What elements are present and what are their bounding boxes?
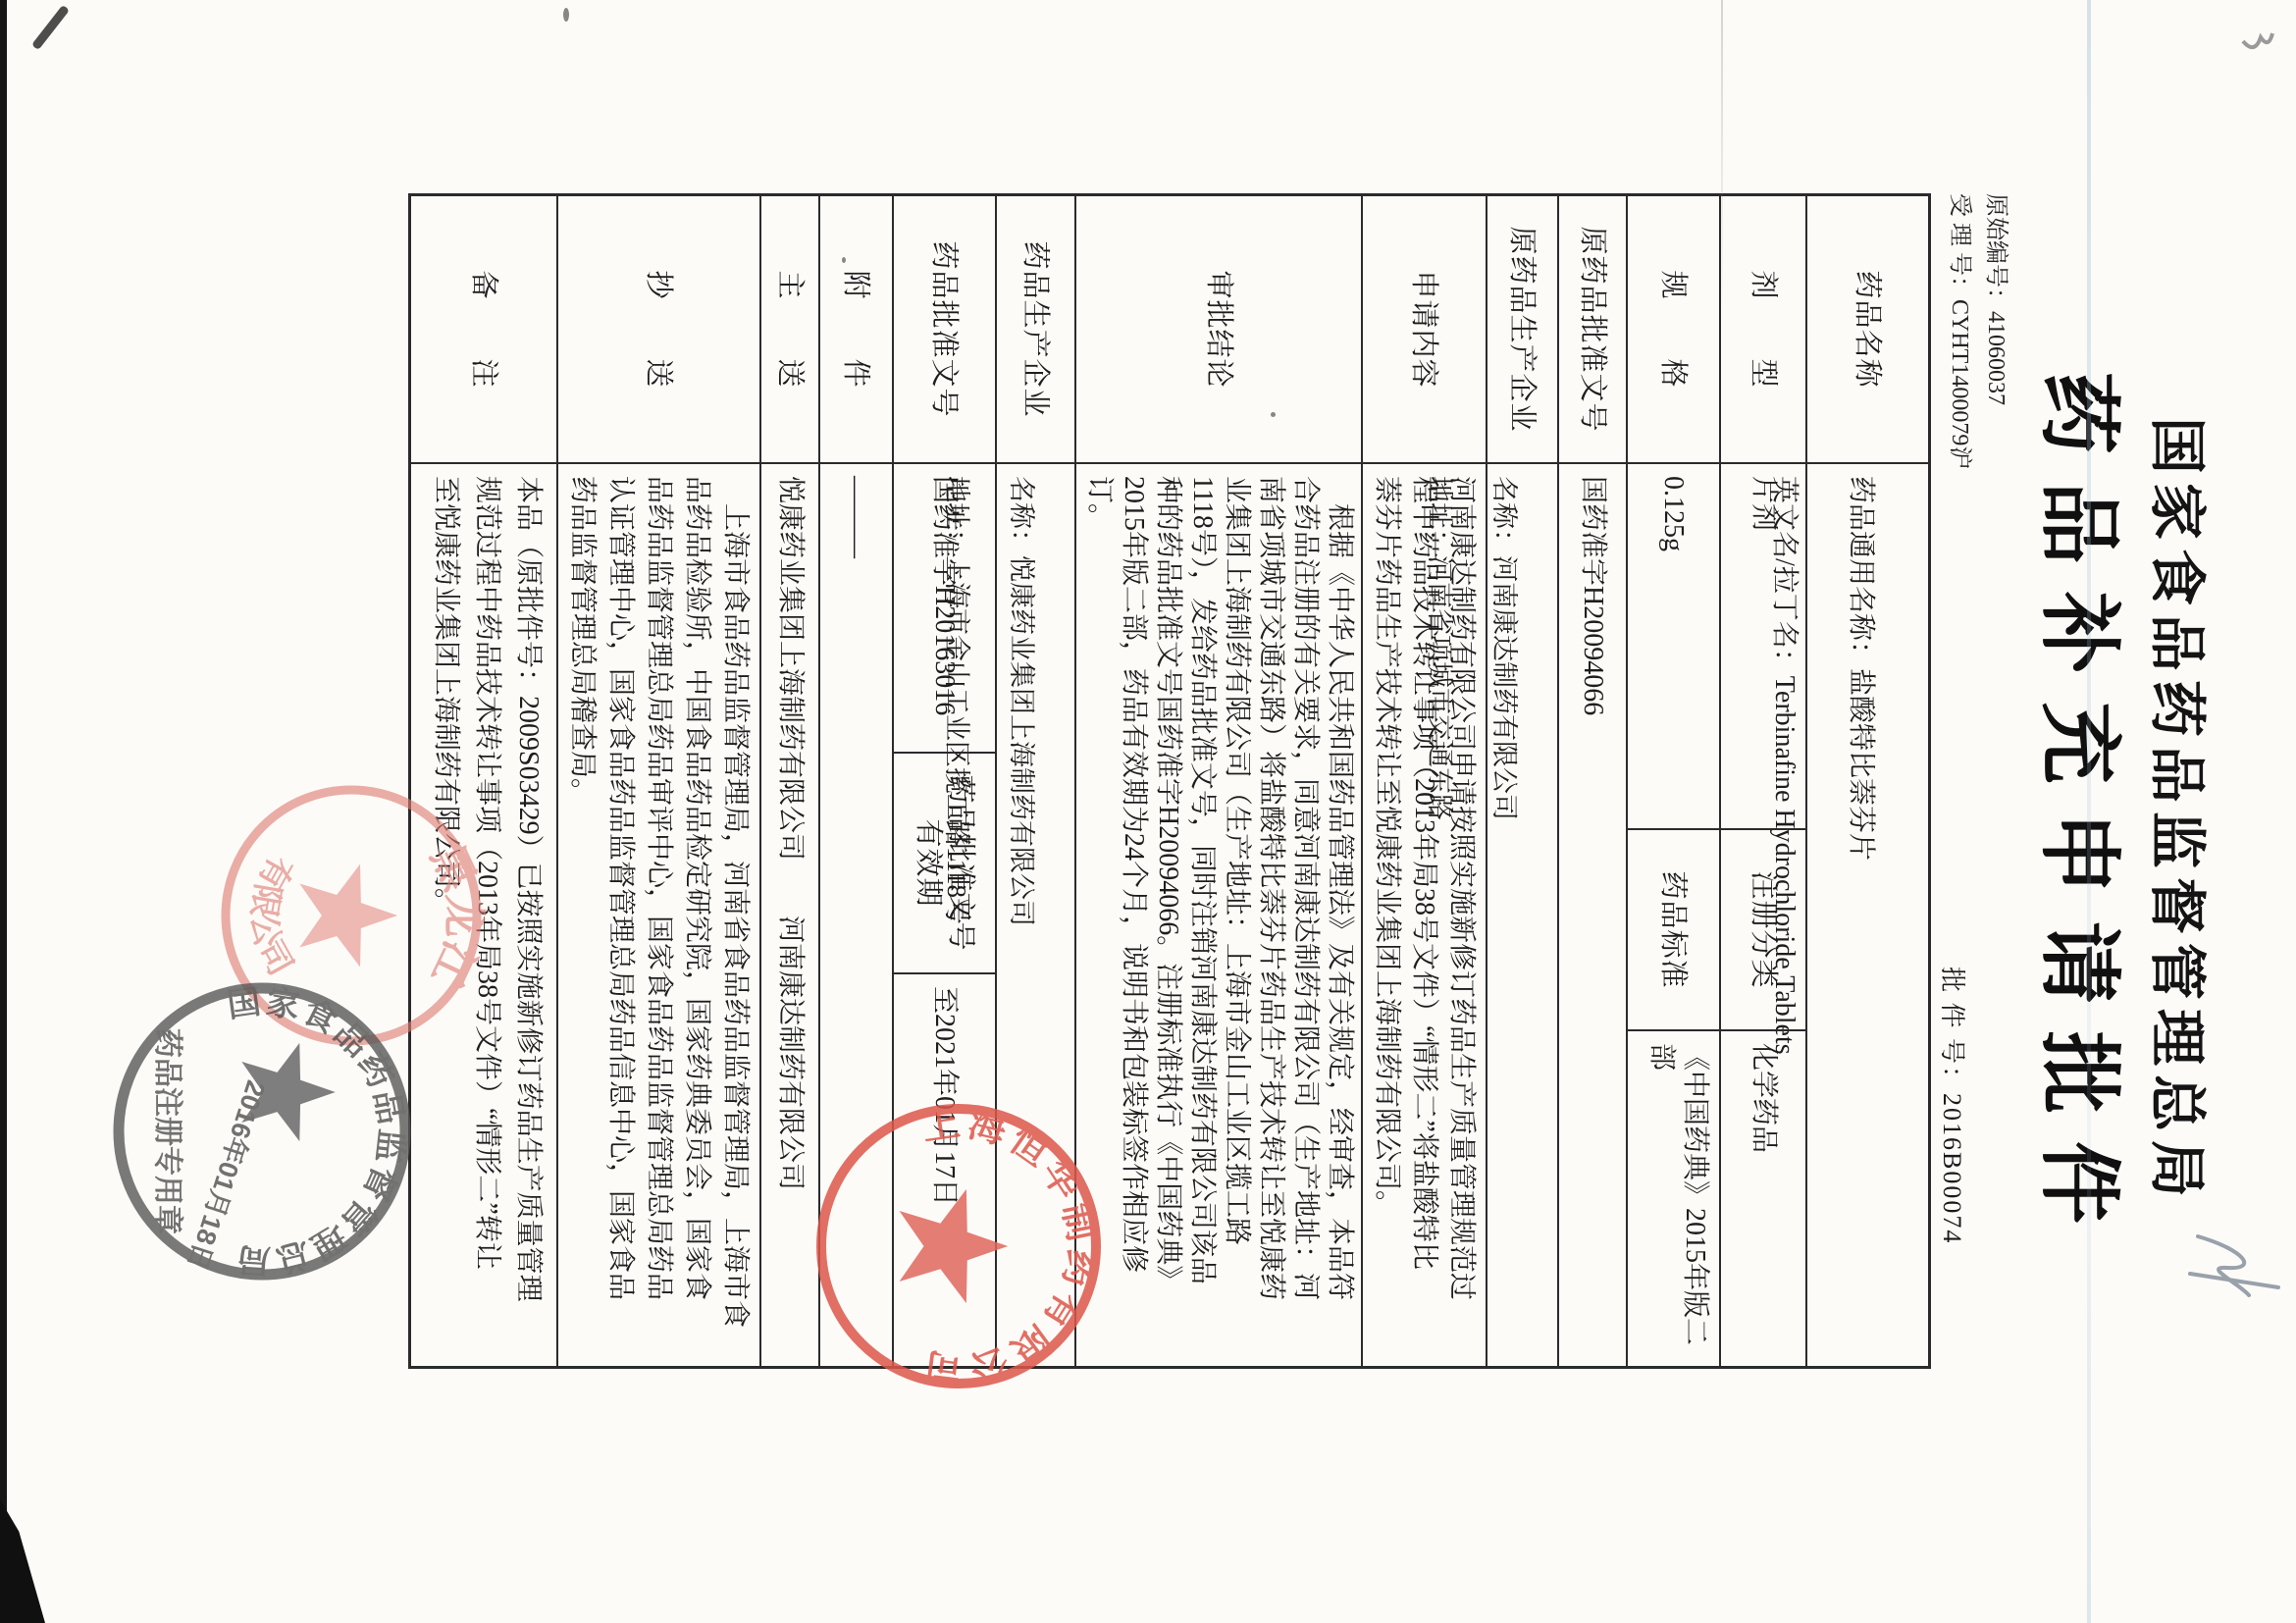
registration-class-label: 注册分类 bbox=[1721, 830, 1805, 1031]
stamp-authority-arc-text: 国家食品药品监督管理总局 bbox=[225, 983, 410, 1280]
row-dosage-form: 剂 型 片剂 注册分类 化学药品 bbox=[1719, 196, 1805, 1366]
acceptance-number-value: CYHT1400079沪 bbox=[1947, 299, 1972, 469]
scan-speck bbox=[1271, 412, 1276, 417]
attachment-value: ——— bbox=[820, 464, 892, 1366]
remarks-label: 备 注 bbox=[411, 196, 556, 464]
registration-class-value: 化学药品 bbox=[1721, 1031, 1805, 1372]
fold-crease-line bbox=[2087, 0, 2091, 1623]
specification-label: 规 格 bbox=[1628, 196, 1719, 464]
original-number-value: 41060037 bbox=[1983, 311, 2009, 405]
approval-no-label: 药品批准文号 bbox=[894, 196, 995, 464]
scan-edge-shadow bbox=[0, 0, 7, 1623]
manufacturer-value: 名称：悦康药业集团上海制药有限公司 地址：上海市金山工业区揽工路1118号 bbox=[997, 464, 1074, 1366]
reference-numbers: 原始编号：41060037 受 理 号：CYHT1400079沪 bbox=[1941, 193, 2013, 469]
drug-standard-label: 药品标准 bbox=[1628, 830, 1719, 1031]
pencil-mark bbox=[2179, 1225, 2292, 1318]
manufacturer-label: 药品生产企业 bbox=[997, 196, 1074, 464]
document-title: 药品补充申请批件 bbox=[2026, 0, 2145, 1623]
original-number-line: 原始编号：41060037 bbox=[1977, 193, 2013, 469]
original-manufacturer-value: 名称：河南康达制药有限公司 地址：河南省项城市交通东路 bbox=[1487, 464, 1557, 1366]
application-content-label: 申请内容 bbox=[1363, 196, 1486, 464]
scan-speck bbox=[842, 257, 846, 263]
approval-validity-value: 至2021年01月17日 bbox=[894, 974, 995, 1372]
main-sent-label: 主 送 bbox=[761, 196, 818, 464]
row-approval-conclusion: 审批结论 根据《中华人民共和国药品管理法》及有关规定，经审查，本品符 合药品注册… bbox=[1074, 196, 1361, 1366]
original-approval-no-label: 原药品批准文号 bbox=[1559, 196, 1626, 464]
specification-value: 0.125g bbox=[1628, 464, 1719, 830]
drug-name-label: 药品名称 bbox=[1807, 196, 1928, 464]
drug-standard-value: 《中国药典》2015年版二 部 bbox=[1628, 1031, 1719, 1372]
acceptance-number-line: 受 理 号：CYHT1400079沪 bbox=[1941, 193, 1977, 469]
main-sent-value: 悦康药业集团上海制药有限公司 河南康达制药有限公司 bbox=[761, 464, 818, 1366]
star-icon bbox=[241, 1043, 335, 1141]
approval-conclusion-value: 根据《中华人民共和国药品管理法》及有关规定，经审查，本品符 合药品注册的有关要求… bbox=[1076, 464, 1361, 1366]
approval-number-value: 2016B00074 bbox=[1938, 1093, 1966, 1244]
scan-corner-dash bbox=[31, 5, 70, 51]
row-remarks: 备 注 本品（原批件号：2009S03429）已按照实施新修订药品生产质量管理 … bbox=[411, 196, 556, 1366]
row-main-sent: 主 送 悦康药业集团上海制药有限公司 河南康达制药有限公司 bbox=[759, 196, 818, 1366]
approval-table: 药品名称 药品通用名称：盐酸特比萘芬片 英文名/拉丁名：Terbinafine … bbox=[408, 193, 1931, 1369]
dosage-form-value: 片剂 bbox=[1721, 464, 1805, 830]
issuing-authority: 国家食品药品监督管理总局 bbox=[2141, 0, 2223, 1623]
scan-corner-mark bbox=[0, 1499, 45, 1623]
manufacturer-name: 名称：悦康药业集团上海制药有限公司 bbox=[1005, 476, 1037, 1356]
attachment-label: 附 件 bbox=[820, 196, 892, 464]
stamp-date-text: 2016年01月18日 bbox=[182, 1076, 272, 1274]
cfda-registration-stamp-icon: 国家食品药品监督管理总局 2016年01月18日 药品注册专用章 bbox=[76, 945, 448, 1318]
original-number-label: 原始编号： bbox=[1983, 193, 2009, 311]
row-manufacturer: 药品生产企业 名称：悦康药业集团上海制药有限公司 地址：上海市金山工业区揽工路1… bbox=[995, 196, 1074, 1366]
svg-text:有限公司: 有限公司 bbox=[244, 849, 300, 981]
scan-smudge bbox=[2234, 22, 2278, 61]
row-original-manufacturer: 原药品生产企业 名称：河南康达制药有限公司 地址：河南省项城市交通东路 bbox=[1486, 196, 1557, 1366]
original-approval-no-value: 国药准字H20094066 bbox=[1559, 464, 1626, 1366]
drug-generic-name: 药品通用名称：盐酸特比萘芬片 bbox=[1842, 476, 1880, 1356]
remarks-value: 本品（原批件号：2009S03429）已按照实施新修订药品生产质量管理 规范过程… bbox=[411, 464, 556, 1366]
approval-number-line: 批 件 号：2016B00074 bbox=[1936, 967, 1972, 1244]
stamp-caption-text: 药品注册专用章 bbox=[151, 1028, 184, 1234]
row-approval-no: 药品批准文号 国药准字H20163016 药品批准文号 有效期 至2021年01… bbox=[892, 196, 995, 1366]
row-copy-sent: 抄 送 上海市食品药品监督管理局，河南省食品药品监督管理局，上海市食 品药品检验… bbox=[556, 196, 759, 1366]
approval-no-value: 国药准字H20163016 bbox=[894, 464, 995, 754]
acceptance-number-label: 受 理 号： bbox=[1947, 193, 1972, 299]
drug-name-value: 药品通用名称：盐酸特比萘芬片 英文名/拉丁名：Terbinafine Hydro… bbox=[1807, 464, 1928, 1366]
scanned-document-image: 国家食品药品监督管理总局 药品补充申请批件 原始编号：41060037 受 理 … bbox=[0, 0, 2296, 1623]
original-manufacturer-name: 名称：河南康达制药有限公司 bbox=[1487, 476, 1520, 1356]
dosage-form-label: 剂 型 bbox=[1721, 196, 1805, 464]
original-manufacturer-label: 原药品生产企业 bbox=[1487, 196, 1557, 464]
svg-text:国家食品药品监督管理总局: 国家食品药品监督管理总局 bbox=[225, 983, 410, 1280]
star-icon bbox=[299, 864, 397, 968]
approval-number-label: 批 件 号： bbox=[1938, 967, 1966, 1093]
row-original-approval-no: 原药品批准文号 国药准字H20094066 bbox=[1557, 196, 1626, 1366]
approval-conclusion-label: 审批结论 bbox=[1076, 196, 1361, 464]
copy-sent-label: 抄 送 bbox=[558, 196, 759, 464]
row-application-content: 申请内容 河南康达制药有限公司申请按照实施新修订药品生产质量管理规范过 程中药品… bbox=[1361, 196, 1486, 1366]
row-attachment: 附 件 ——— bbox=[818, 196, 892, 1366]
row-specification: 规 格 0.125g 药品标准 《中国药典》2015年版二 部 bbox=[1626, 196, 1719, 1366]
scan-speck bbox=[563, 8, 569, 22]
stamp-arc-bottom-text: 有限公司 bbox=[244, 849, 300, 981]
document-sheet: 国家食品药品监督管理总局 药品补充申请批件 原始编号：41060037 受 理 … bbox=[0, 0, 2296, 1623]
approval-validity-label: 药品批准文号 有效期 bbox=[894, 754, 995, 974]
application-content-value: 河南康达制药有限公司申请按照实施新修订药品生产质量管理规范过 程中药品技术转让事… bbox=[1363, 464, 1486, 1366]
copy-sent-value: 上海市食品药品监督管理局，河南省食品药品监督管理局，上海市食 品药品检验所，中国… bbox=[558, 464, 759, 1366]
fold-crease-line-2 bbox=[1721, 0, 1723, 324]
row-drug-name: 药品名称 药品通用名称：盐酸特比萘芬片 英文名/拉丁名：Terbinafine … bbox=[1805, 196, 1928, 1366]
